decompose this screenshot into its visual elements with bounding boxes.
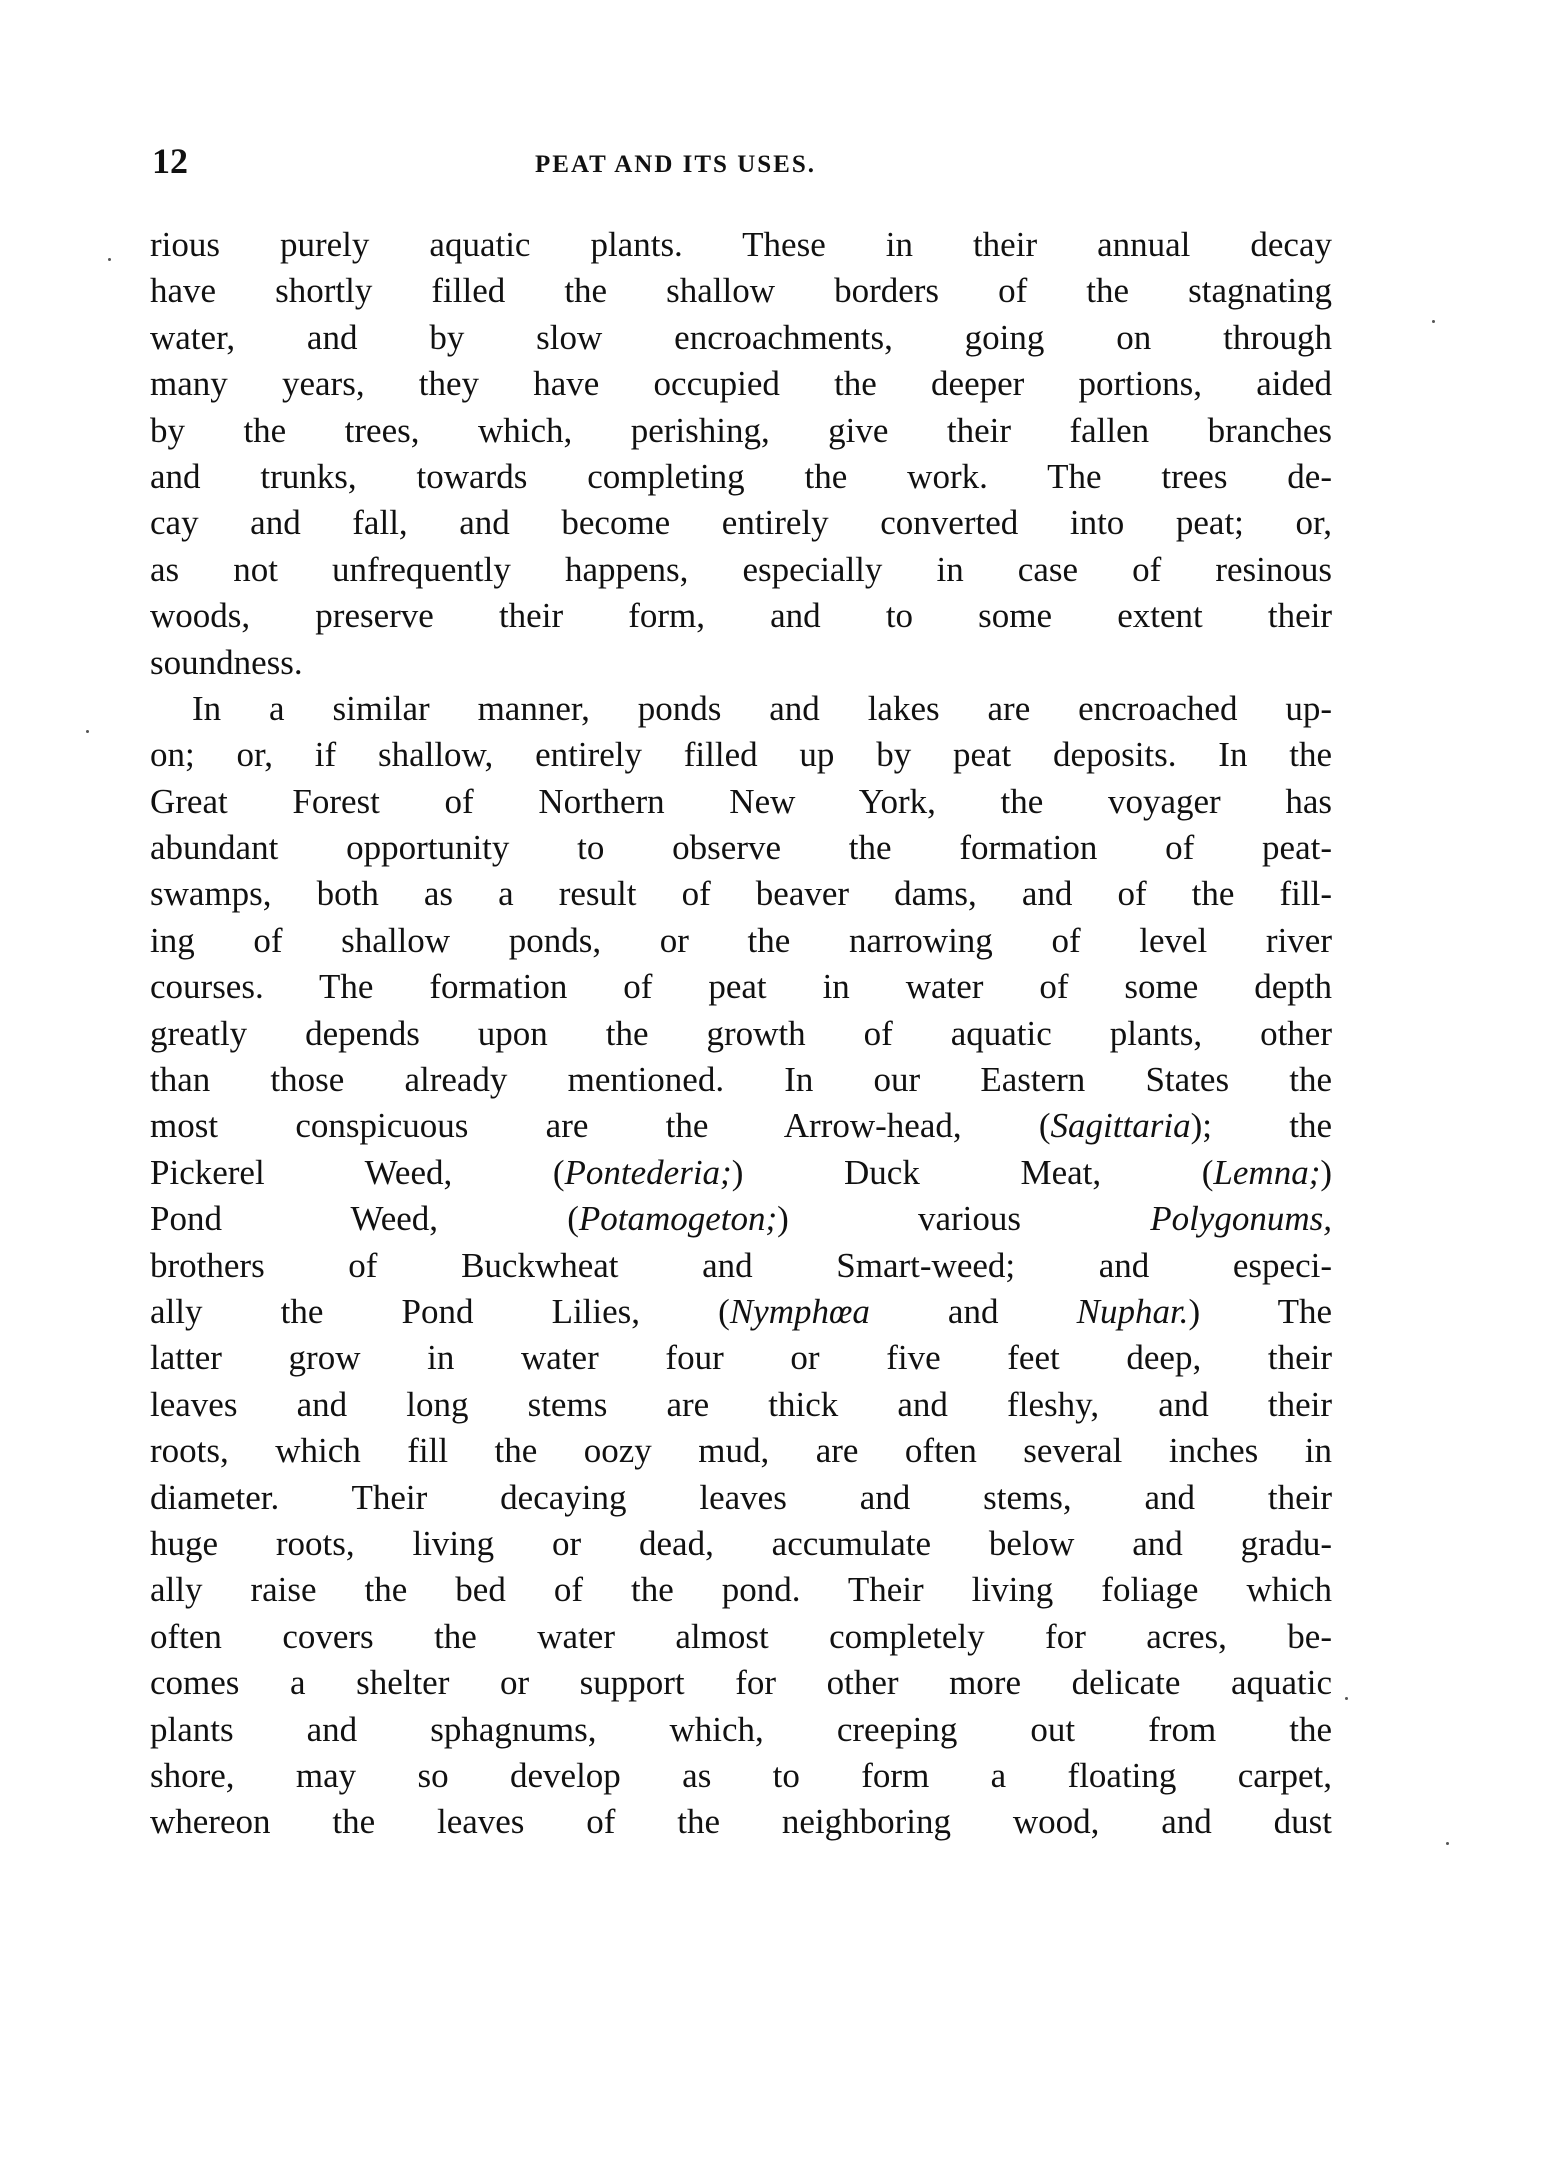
text-segment: and — [870, 1292, 1077, 1331]
text-segment: ally the Pond Lilies, ( — [150, 1292, 730, 1331]
text-segment: Pickerel Weed, ( — [150, 1153, 565, 1192]
text-line: Pickerel Weed, (Pontederia;) Duck Meat, … — [150, 1150, 1332, 1196]
text-line: latter grow in water four or five feet d… — [150, 1335, 1332, 1381]
text-line: roots, which fill the oozy mud, are ofte… — [150, 1428, 1332, 1474]
text-segment: ) Duck Meat, ( — [732, 1153, 1214, 1192]
text-segment: diameter. Their decaying leaves and stem… — [150, 1478, 1332, 1517]
text-line: woods, preserve their form, and to some … — [150, 593, 1332, 639]
italic-term: Nymphœa — [730, 1292, 870, 1331]
italic-term: Potamogeton; — [579, 1199, 777, 1238]
text-segment: than those already mentioned. In our Eas… — [150, 1060, 1332, 1099]
italic-term: Sagittaria — [1051, 1106, 1191, 1145]
text-segment: ing of shallow ponds, or the narrowing o… — [150, 921, 1332, 960]
text-line: courses. The formation of peat in water … — [150, 964, 1332, 1010]
text-segment: brothers of Buckwheat and Smart-weed; an… — [150, 1246, 1332, 1285]
text-segment: greatly depends upon the growth of aquat… — [150, 1014, 1332, 1053]
text-segment: ); the — [1191, 1106, 1332, 1145]
text-segment: ) The — [1188, 1292, 1332, 1331]
scan-speck — [108, 258, 111, 261]
text-segment: by the trees, which, perishing, give the… — [150, 411, 1332, 450]
running-title: PEAT AND ITS USES. — [535, 142, 816, 188]
text-line: on; or, if shallow, entirely filled up b… — [150, 732, 1332, 778]
text-line: leaves and long stems are thick and fles… — [150, 1382, 1332, 1428]
text-line: than those already mentioned. In our Eas… — [150, 1057, 1332, 1103]
text-segment: soundness. — [150, 643, 303, 682]
text-segment: water, and by slow encroachments, going … — [150, 318, 1332, 357]
scan-speck — [86, 730, 89, 733]
text-line: ing of shallow ponds, or the narrowing o… — [150, 918, 1332, 964]
text-segment: shore, may so develop as to form a float… — [150, 1756, 1332, 1795]
text-segment: woods, preserve their form, and to some … — [150, 596, 1332, 635]
text-segment: swamps, both as a result of beaver dams,… — [150, 874, 1332, 913]
text-segment: roots, which fill the oozy mud, are ofte… — [150, 1431, 1332, 1470]
text-segment: plants and sphagnums, which, creeping ou… — [150, 1710, 1332, 1749]
body-text: rious purely aquatic plants. These in th… — [150, 222, 1332, 1846]
text-segment: most conspicuous are the Arrow-head, ( — [150, 1106, 1051, 1145]
text-segment: latter grow in water four or five feet d… — [150, 1338, 1332, 1377]
text-segment: as not unfrequently happens, especially … — [150, 550, 1332, 589]
text-line: many years, they have occupied the deepe… — [150, 361, 1332, 407]
text-segment: many years, they have occupied the deepe… — [150, 364, 1332, 403]
text-line: soundness. — [150, 640, 1332, 686]
text-segment: courses. The formation of peat in water … — [150, 967, 1332, 1006]
text-segment: leaves and long stems are thick and fles… — [150, 1385, 1332, 1424]
text-line: water, and by slow encroachments, going … — [150, 315, 1332, 361]
paragraph: rious purely aquatic plants. These in th… — [150, 222, 1332, 686]
text-line: brothers of Buckwheat and Smart-weed; an… — [150, 1243, 1332, 1289]
text-line: comes a shelter or support for other mor… — [150, 1660, 1332, 1706]
text-line: and trunks, towards completing the work.… — [150, 454, 1332, 500]
italic-term: Nuphar. — [1077, 1292, 1189, 1331]
scan-speck — [1432, 320, 1435, 323]
text-line: by the trees, which, perishing, give the… — [150, 408, 1332, 454]
text-line: Great Forest of Northern New York, the v… — [150, 779, 1332, 825]
text-segment: rious purely aquatic plants. These in th… — [150, 225, 1332, 264]
text-line: most conspicuous are the Arrow-head, (Sa… — [150, 1103, 1332, 1149]
text-segment: and trunks, towards completing the work.… — [150, 457, 1332, 496]
text-segment: often covers the water almost completely… — [150, 1617, 1332, 1656]
text-line: have shortly filled the shallow borders … — [150, 268, 1332, 314]
scan-speck — [1345, 1697, 1348, 1700]
text-segment: ) various — [777, 1199, 1150, 1238]
page-number: 12 — [152, 138, 188, 184]
text-line: shore, may so develop as to form a float… — [150, 1753, 1332, 1799]
scan-speck — [1446, 1842, 1449, 1845]
paragraph: In a similar manner, ponds and lakes are… — [150, 686, 1332, 1846]
book-page: 12 PEAT AND ITS USES. rious purely aquat… — [0, 0, 1548, 2183]
text-line: In a similar manner, ponds and lakes are… — [150, 686, 1332, 732]
text-segment: Great Forest of Northern New York, the v… — [150, 782, 1332, 821]
italic-term: Lemna; — [1213, 1153, 1320, 1192]
text-line: as not unfrequently happens, especially … — [150, 547, 1332, 593]
text-line: swamps, both as a result of beaver dams,… — [150, 871, 1332, 917]
text-line: huge roots, living or dead, accumulate b… — [150, 1521, 1332, 1567]
text-line: diameter. Their decaying leaves and stem… — [150, 1475, 1332, 1521]
text-line: plants and sphagnums, which, creeping ou… — [150, 1707, 1332, 1753]
italic-term: Pontederia; — [565, 1153, 732, 1192]
text-line: often covers the water almost completely… — [150, 1614, 1332, 1660]
text-segment: whereon the leaves of the neighboring wo… — [150, 1802, 1332, 1841]
text-line: abundant opportunity to observe the form… — [150, 825, 1332, 871]
text-segment: In a similar manner, ponds and lakes are… — [192, 689, 1332, 728]
text-segment: ) — [1320, 1153, 1332, 1192]
text-segment: comes a shelter or support for other mor… — [150, 1663, 1332, 1702]
running-head: 12 PEAT AND ITS USES. — [150, 138, 1332, 184]
text-segment: abundant opportunity to observe the form… — [150, 828, 1332, 867]
text-line: Pond Weed, (Potamogeton;) various Polygo… — [150, 1196, 1332, 1242]
text-segment: cay and fall, and become entirely conver… — [150, 503, 1332, 542]
text-segment: Pond Weed, ( — [150, 1199, 579, 1238]
text-segment: ally raise the bed of the pond. Their li… — [150, 1570, 1332, 1609]
text-line: cay and fall, and become entirely conver… — [150, 500, 1332, 546]
text-line: whereon the leaves of the neighboring wo… — [150, 1799, 1332, 1845]
italic-term: Polygonums, — [1150, 1199, 1332, 1238]
text-line: rious purely aquatic plants. These in th… — [150, 222, 1332, 268]
text-line: ally the Pond Lilies, (Nymphœa and Nupha… — [150, 1289, 1332, 1335]
text-segment: have shortly filled the shallow borders … — [150, 271, 1332, 310]
text-line: greatly depends upon the growth of aquat… — [150, 1011, 1332, 1057]
text-segment: huge roots, living or dead, accumulate b… — [150, 1524, 1332, 1563]
text-line: ally raise the bed of the pond. Their li… — [150, 1567, 1332, 1613]
text-segment: on; or, if shallow, entirely filled up b… — [150, 735, 1332, 774]
